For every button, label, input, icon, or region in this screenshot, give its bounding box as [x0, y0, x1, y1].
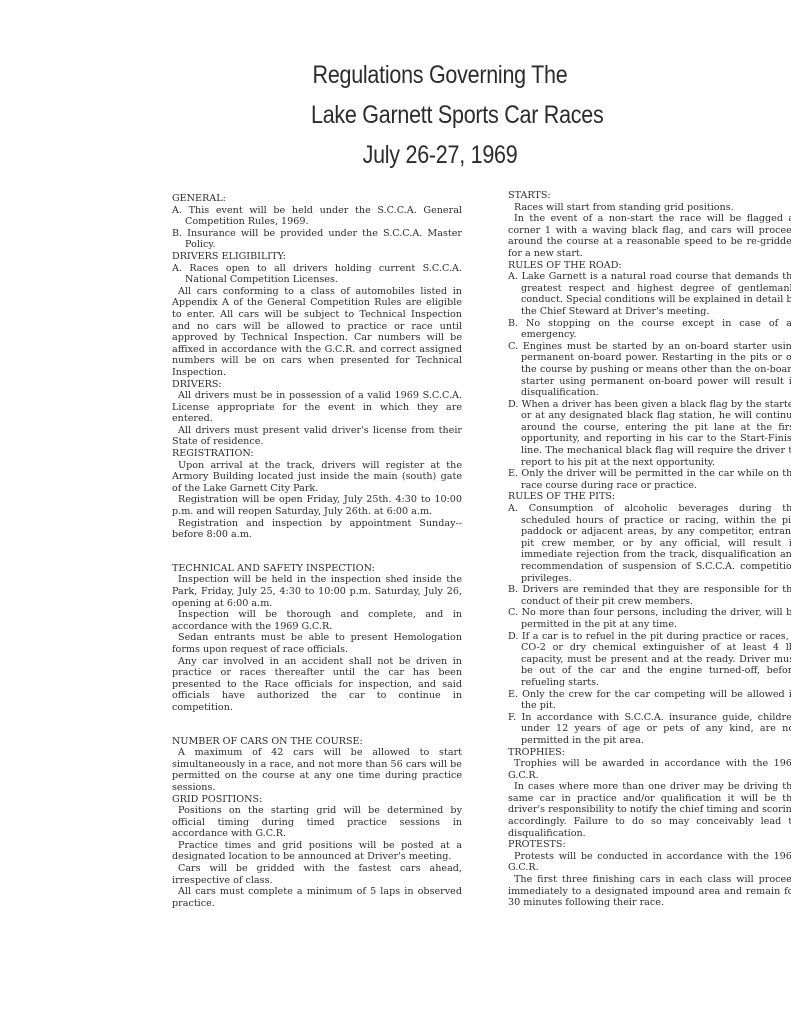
paragraph: Any car involved in an accident shall no… [172, 656, 462, 714]
paragraph: Cars will be gridded with the fastest ca… [172, 863, 462, 886]
paragraph: Trophies will be awarded in accordance w… [508, 758, 791, 781]
rule-item: D. If a car is to refuel in the pit duri… [508, 631, 791, 689]
paragraph: Practice times and grid positions will b… [172, 840, 462, 863]
section-heading: TROPHIES: [508, 747, 791, 759]
section-spacer [172, 714, 462, 736]
rule-item: B. Drivers are reminded that they are re… [508, 584, 791, 607]
section-heading: NUMBER OF CARS ON THE COURSE: [172, 736, 462, 748]
paragraph: The first three finishing cars in each c… [508, 874, 791, 909]
section-heading: REGISTRATION: [172, 448, 462, 460]
section-heading: RULES OF THE PITS: [508, 491, 791, 503]
rule-item: A. Consumption of alcoholic beverages du… [508, 503, 791, 584]
paragraph: Sedan entrants must be able to present H… [172, 632, 462, 655]
section-heading: GENERAL: [172, 193, 462, 205]
paragraph: Races will start from standing grid posi… [508, 202, 791, 214]
paragraph: A maximum of 42 cars will be allowed to … [172, 747, 462, 793]
title-line-2: Lake Garnett Sports Car Races [311, 95, 569, 135]
paragraph: All cars must complete a minimum of 5 la… [172, 886, 462, 909]
paragraph: All drivers must present valid driver's … [172, 425, 462, 448]
section-heading: DRIVERS ELIGIBILITY: [172, 251, 462, 263]
paragraph: Inspection will be held in the inspectio… [172, 574, 462, 609]
document-title: Regulations Governing The Lake Garnett S… [290, 55, 590, 175]
paragraph: Protests will be conducted in accordance… [508, 851, 791, 874]
rule-item: E. Only the crew for the car competing w… [508, 689, 791, 712]
right-column: STARTS:Races will start from standing gr… [508, 190, 791, 909]
rule-item: D. When a driver has been given a black … [508, 399, 791, 469]
rule-item: B. Insurance will be provided under the … [172, 228, 462, 251]
title-line-date: July 26-27, 1969 [311, 135, 569, 175]
rule-item: F. In accordance with S.C.C.A. insurance… [508, 712, 791, 747]
rule-item: C. No more than four persons, including … [508, 607, 791, 630]
paragraph: In cases where more than one driver may … [508, 781, 791, 839]
section-heading: STARTS: [508, 190, 791, 202]
rule-item: A. Lake Garnett is a natural road course… [508, 271, 791, 317]
section-spacer [172, 541, 462, 563]
paragraph: Registration will be open Friday, July 2… [172, 494, 462, 517]
rule-item: B. No stopping on the course except in c… [508, 318, 791, 341]
rule-item: A. Races open to all drivers holding cur… [172, 263, 462, 286]
paragraph: In the event of a non-start the race wil… [508, 213, 791, 259]
paragraph: Inspection will be thorough and complete… [172, 609, 462, 632]
paragraph: Positions on the starting grid will be d… [172, 805, 462, 840]
section-heading: RULES OF THE ROAD: [508, 260, 791, 272]
paragraph: Registration and inspection by appointme… [172, 518, 462, 541]
section-heading: DRIVERS: [172, 379, 462, 391]
rule-item: A. This event will be held under the S.C… [172, 205, 462, 228]
paragraph: Upon arrival at the track, drivers will … [172, 460, 462, 495]
paragraph: All drivers must be in possession of a v… [172, 390, 462, 425]
rule-item: E. Only the driver will be permitted in … [508, 468, 791, 491]
section-heading: TECHNICAL AND SAFETY INSPECTION: [172, 563, 462, 575]
rule-item: C. Engines must be started by an on-boar… [508, 341, 791, 399]
section-heading: PROTESTS: [508, 839, 791, 851]
left-column: GENERAL:A. This event will be held under… [172, 193, 462, 909]
section-heading: GRID POSITIONS: [172, 794, 462, 806]
title-line-1: Regulations Governing The [311, 55, 569, 95]
paragraph: All cars conforming to a class of automo… [172, 286, 462, 379]
